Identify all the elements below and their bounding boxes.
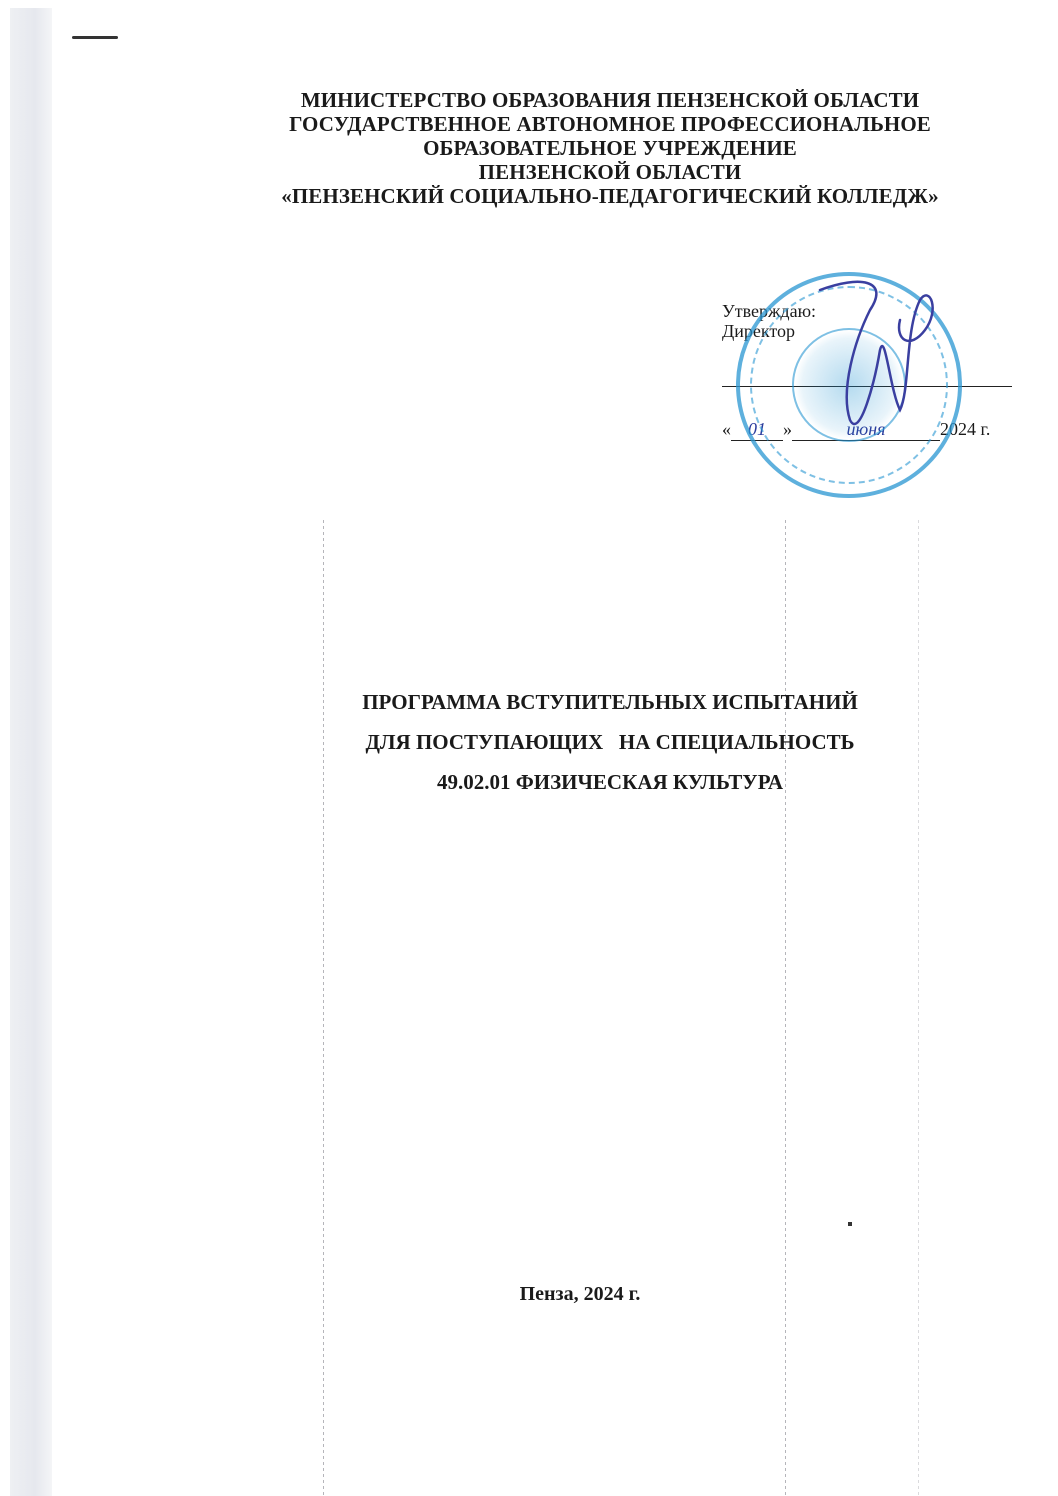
document-title: ПРОГРАММА ВСТУПИТЕЛЬНЫХ ИСПЫТАНИЙ ДЛЯ ПО… — [240, 682, 980, 802]
date-day: 01 — [731, 418, 783, 441]
signature-line — [722, 386, 1012, 387]
scan-artifact-line — [918, 520, 919, 1496]
date-year: 2024 г. — [940, 419, 990, 439]
approval-date: «01»июня2024 г. — [722, 418, 990, 441]
quote-open: « — [722, 419, 731, 439]
title-line: ПРОГРАММА ВСТУПИТЕЛЬНЫХ ИСПЫТАНИЙ — [240, 682, 980, 722]
position-label: Директор — [722, 320, 795, 342]
city-year: Пенза, 2024 г. — [440, 1283, 720, 1306]
header-line: МИНИСТЕРСТВО ОБРАЗОВАНИЯ ПЕНЗЕНСКОЙ ОБЛА… — [200, 88, 1020, 112]
institution-header: МИНИСТЕРСТВО ОБРАЗОВАНИЯ ПЕНЗЕНСКОЙ ОБЛА… — [200, 88, 1020, 208]
scan-edge-shadow — [10, 8, 52, 1496]
header-line: ГОСУДАРСТВЕННОЕ АВТОНОМНОЕ ПРОФЕССИОНАЛЬ… — [200, 112, 1020, 136]
title-line: ДЛЯ ПОСТУПАЮЩИХ НА СПЕЦИАЛЬНОСТЬ — [240, 722, 980, 762]
header-line: ПЕНЗЕНСКОЙ ОБЛАСТИ — [200, 160, 1020, 184]
date-month: июня — [792, 418, 940, 441]
title-line: 49.02.01 ФИЗИЧЕСКАЯ КУЛЬТУРА — [240, 762, 980, 802]
quote-close: » — [783, 419, 792, 439]
scan-artifact-line — [785, 520, 786, 1496]
scan-artifact-line — [323, 520, 324, 1496]
approve-label: Утверждаю: — [722, 300, 816, 322]
header-line: «ПЕНЗЕНСКИЙ СОЦИАЛЬНО-ПЕДАГОГИЧЕСКИЙ КОЛ… — [200, 184, 1020, 208]
scan-speck — [848, 1222, 852, 1226]
header-line: ОБРАЗОВАТЕЛЬНОЕ УЧРЕЖДЕНИЕ — [200, 136, 1020, 160]
corner-mark — [72, 36, 118, 39]
